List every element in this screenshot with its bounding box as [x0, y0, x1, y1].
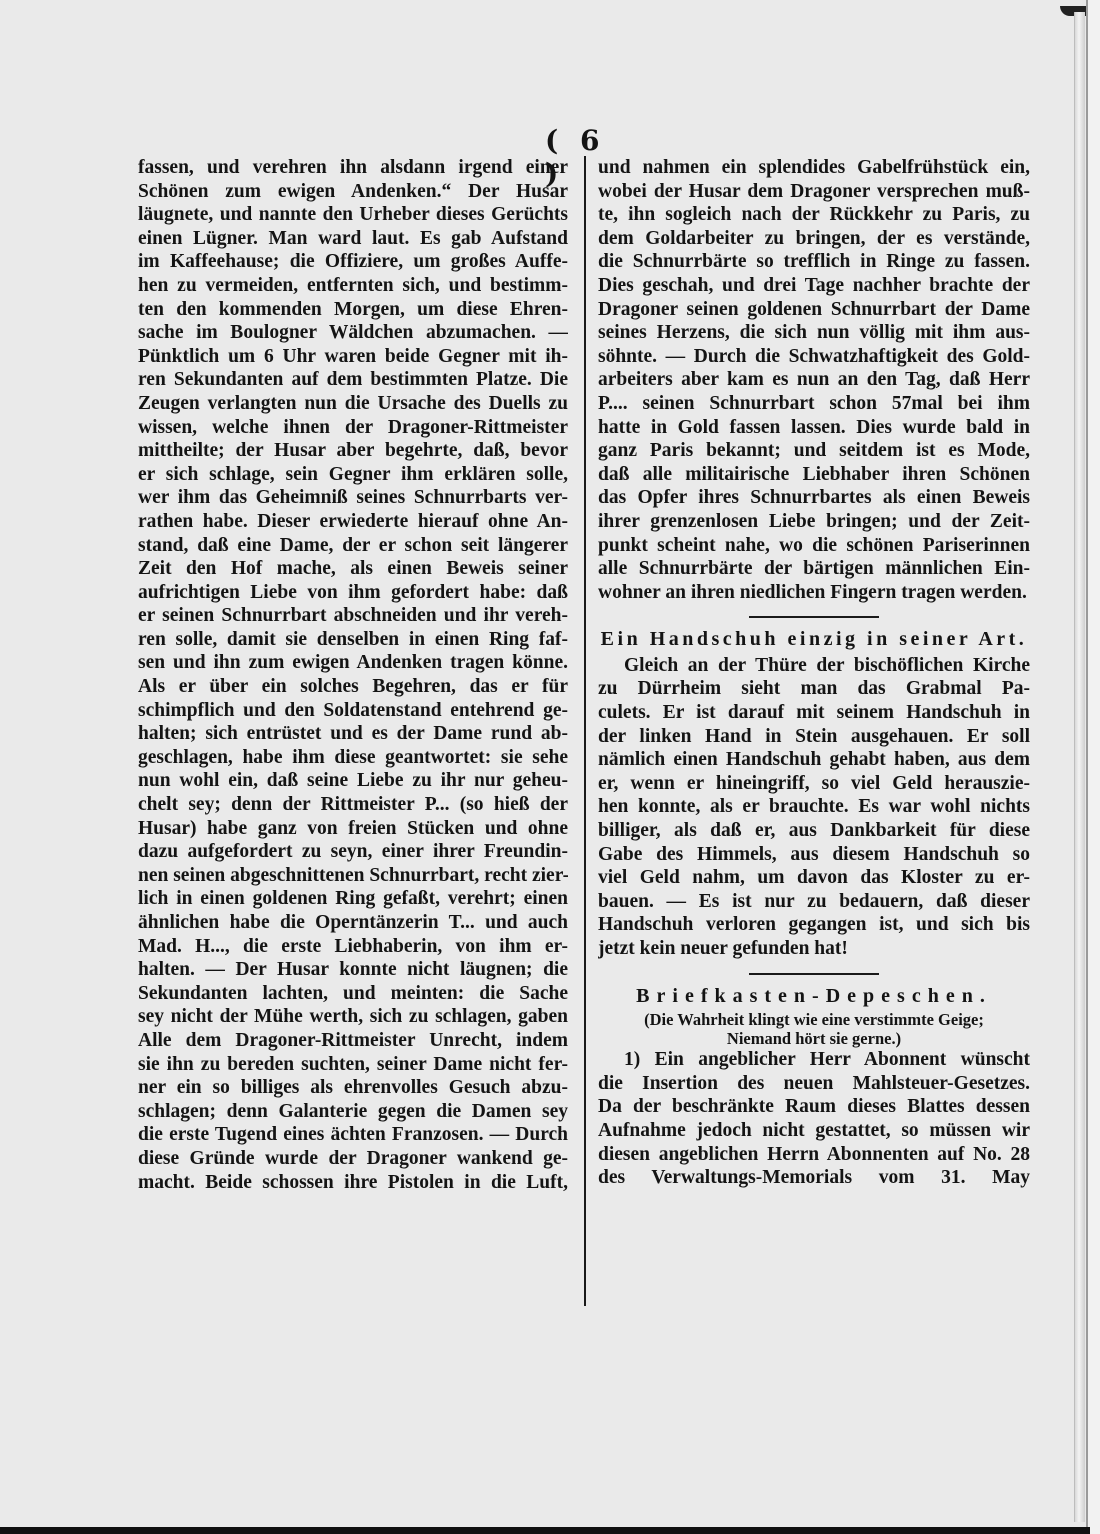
- text-line: nen seinen abgeschnittenen Schnurrbart, …: [138, 864, 568, 888]
- text-line: daß alle militairische Liebhaber ihren S…: [598, 463, 1030, 487]
- scanned-page: ( 6 ) fassen, und verehren ihn alsdann i…: [0, 0, 1082, 1528]
- text-line: nun wohl ein, daß seine Liebe zu ihr nur…: [138, 769, 568, 793]
- text-line: lich in einen goldenen Ring gefaßt, vere…: [138, 887, 568, 911]
- text-line: punkt scheint nahe, wo die schönen Paris…: [598, 534, 1030, 558]
- text-line: er, wenn er hineingriff, so viel Geld he…: [598, 772, 1030, 796]
- text-line: ner ein so billiges als ehrenvolles Gesu…: [138, 1076, 568, 1100]
- text-line: Gleich an der Thüre der bischöflichen Ki…: [598, 654, 1030, 678]
- section-subtitle: (Die Wahrheit klingt wie eine verstimmte…: [598, 1010, 1030, 1029]
- section-subtitle: Niemand hört sie gerne.): [598, 1029, 1030, 1048]
- text-line: söhnte. — Durch die Schwatzhaftigkeit de…: [598, 345, 1030, 369]
- text-line: das Opfer ihres Schnurrbartes als einen …: [598, 486, 1030, 510]
- text-line: te, ihn sogleich nach der Rückkehr zu Pa…: [598, 203, 1030, 227]
- text-line: Dragoner seinen goldenen Schnurrbart der…: [598, 298, 1030, 322]
- text-line: sey nicht der Mühe werth, sich zu schlag…: [138, 1005, 568, 1029]
- text-line: Zeit den Hof mache, als einen Beweis sei…: [138, 557, 568, 581]
- text-line: P.... seinen Schnurrbart schon 57mal bei…: [598, 392, 1030, 416]
- text-line: schlagen; denn Galanterie gegen die Dame…: [138, 1100, 568, 1124]
- text-line: wer ihm das Geheimniß seines Schnurrbart…: [138, 486, 568, 510]
- text-line: ähnlichen habe die Operntänzerin T... un…: [138, 911, 568, 935]
- section-glove: Ein Handschuh einzig in seiner Art. Glei…: [598, 628, 1030, 960]
- text-line: wobei der Husar dem Dragoner versprechen…: [598, 180, 1030, 204]
- text-line: nämlich einen Handschuh gehabt haben, au…: [598, 748, 1030, 772]
- text-line: arbeiters aber kam es nun an den Tag, da…: [598, 368, 1030, 392]
- text-line: sie ihn zu bereden suchten, seiner Dame …: [138, 1053, 568, 1077]
- text-line: im Kaffeehause; die Offiziere, um großes…: [138, 250, 568, 274]
- text-line: wohner an ihren niedlichen Fingern trage…: [598, 581, 1030, 605]
- section-title: Ein Handschuh einzig in seiner Art.: [598, 628, 1030, 652]
- book-edge: [1086, 0, 1100, 1534]
- text-line: hatte in Gold fassen lassen. Dies wurde …: [598, 416, 1030, 440]
- right-column: und nahmen ein splendides Gabelfrühstück…: [598, 156, 1030, 1190]
- text-line: alle Schnurrbärte der bärtigen männliche…: [598, 557, 1030, 581]
- text-line: dem Goldarbeiter zu bringen, der es vers…: [598, 227, 1030, 251]
- text-line: jetzt kein neuer gefunden hat!: [598, 937, 1030, 961]
- text-line: Zeugen verlangten nun die Ursache des Du…: [138, 392, 568, 416]
- text-line: des Verwaltungs-Memorials vom 31. May: [598, 1166, 1030, 1190]
- text-line: seines Herzens, die sich nun völlig mit …: [598, 321, 1030, 345]
- text-line: er sich schlage, sein Gegner ihm erkläre…: [138, 463, 568, 487]
- section-title: Briefkasten-Depeschen.: [598, 985, 1030, 1009]
- text-line: sache im Boulogner Wäldchen abzumachen. …: [138, 321, 568, 345]
- left-column: fassen, und verehren ihn alsdann irgend …: [138, 156, 568, 1194]
- text-line: Aufnahme jedoch nicht gestattet, so müss…: [598, 1119, 1030, 1143]
- text-line: er seinen Schnurrbart abschneiden und ih…: [138, 604, 568, 628]
- text-line: Alle dem Dragoner-Rittmeister Unrecht, i…: [138, 1029, 568, 1053]
- text-line: die Insertion des neuen Mahlsteuer-Geset…: [598, 1072, 1030, 1096]
- section-rule: [749, 973, 879, 975]
- text-line: Als er über ein solches Begehren, das er…: [138, 675, 568, 699]
- text-line: 1) Ein angeblicher Herr Abonnent wünscht: [598, 1048, 1030, 1072]
- text-line: Dies geschah, und drei Tage nachher brac…: [598, 274, 1030, 298]
- text-line: Mad. H..., die erste Liebhaberin, von ih…: [138, 935, 568, 959]
- text-line: hen zu vermeiden, entfernten sich, und b…: [138, 274, 568, 298]
- column-divider: [584, 156, 586, 1306]
- text-line: und nahmen ein splendides Gabelfrühstück…: [598, 156, 1030, 180]
- text-line: rathen habe. Dieser erwiederte hierauf o…: [138, 510, 568, 534]
- text-line: Handschuh verloren gegangen ist, und sic…: [598, 913, 1030, 937]
- text-line: Husar) habe ganz von freien Stücken und …: [138, 817, 568, 841]
- text-line: hen konnte, als er brauchte. Es war wohl…: [598, 795, 1030, 819]
- text-line: aufrichtigen Liebe von ihm gefordert hab…: [138, 581, 568, 605]
- text-line: viel Geld nahm, um davon das Kloster zu …: [598, 866, 1030, 890]
- text-line: Gabe des Himmels, aus diesem Handschuh s…: [598, 843, 1030, 867]
- text-line: dazu aufgefordert zu seyn, einer ihrer F…: [138, 840, 568, 864]
- text-line: sen und ihn zum ewigen Andenken tragen k…: [138, 651, 568, 675]
- text-line: ganz Paris bekannt; und seitdem ist es M…: [598, 439, 1030, 463]
- text-line: läugnete, und nannte den Urheber dieses …: [138, 203, 568, 227]
- text-line: chelt sey; denn der Rittmeister P... (so…: [138, 793, 568, 817]
- text-line: diesen angeblichen Herrn Abonnenten auf …: [598, 1143, 1030, 1167]
- text-line: Sekundanten lachten, und meinten: die Sa…: [138, 982, 568, 1006]
- text-line: geschlagen, habe ihm diese geantwortet: …: [138, 746, 568, 770]
- text-line: mittheilte; der Husar aber begehrte, daß…: [138, 439, 568, 463]
- scan-bottom-border: [0, 1527, 1090, 1534]
- text-line: stand, daß eine Dame, der er schon seit …: [138, 534, 568, 558]
- text-line: macht. Beide schossen ihre Pistolen in d…: [138, 1171, 568, 1195]
- story-continuation: und nahmen ein splendides Gabelfrühstück…: [598, 156, 1030, 604]
- text-line: Da der beschränkte Raum dieses Blattes d…: [598, 1095, 1030, 1119]
- text-line: ten den kommenden Morgen, um diese Ehren…: [138, 298, 568, 322]
- text-line: die erste Tugend eines ächten Franzosen.…: [138, 1123, 568, 1147]
- text-line: zu Dürrheim sieht man das Grabmal Pa-: [598, 677, 1030, 701]
- text-line: wissen, welche ihnen der Dragoner-Rittme…: [138, 416, 568, 440]
- text-line: Pünktlich um 6 Uhr waren beide Gegner mi…: [138, 345, 568, 369]
- text-line: halten; sich entrüstet und es der Dame r…: [138, 722, 568, 746]
- text-line: Schönen zum ewigen Andenken.“ Der Husar: [138, 180, 568, 204]
- section-rule: [749, 616, 879, 618]
- section-letterbox: Briefkasten-Depeschen. (Die Wahrheit kli…: [598, 985, 1030, 1190]
- text-line: ren Sekundanten auf dem bestimmten Platz…: [138, 368, 568, 392]
- text-line: ren solle, damit sie denselben in einen …: [138, 628, 568, 652]
- page-edge: [1074, 12, 1085, 1522]
- text-line: ihrer grenzenlosen Liebe bringen; und de…: [598, 510, 1030, 534]
- text-line: bauen. — Es ist nur zu bedauern, daß die…: [598, 890, 1030, 914]
- text-line: halten. — Der Husar konnte nicht läugnen…: [138, 958, 568, 982]
- text-line: fassen, und verehren ihn alsdann irgend …: [138, 156, 568, 180]
- text-line: der linken Hand in Stein ausgehauen. Er …: [598, 725, 1030, 749]
- text-line: die Schnurrbärte so trefflich in Ringe z…: [598, 250, 1030, 274]
- text-line: einen Lügner. Man ward laut. Es gab Aufs…: [138, 227, 568, 251]
- text-line: schimpflich und den Soldatenstand entehr…: [138, 699, 568, 723]
- text-line: culets. Er ist darauf mit seinem Handsch…: [598, 701, 1030, 725]
- text-line: billiger, als daß er, aus Dankbarkeit fü…: [598, 819, 1030, 843]
- text-line: diese Gründe wurde der Dragoner wankend …: [138, 1147, 568, 1171]
